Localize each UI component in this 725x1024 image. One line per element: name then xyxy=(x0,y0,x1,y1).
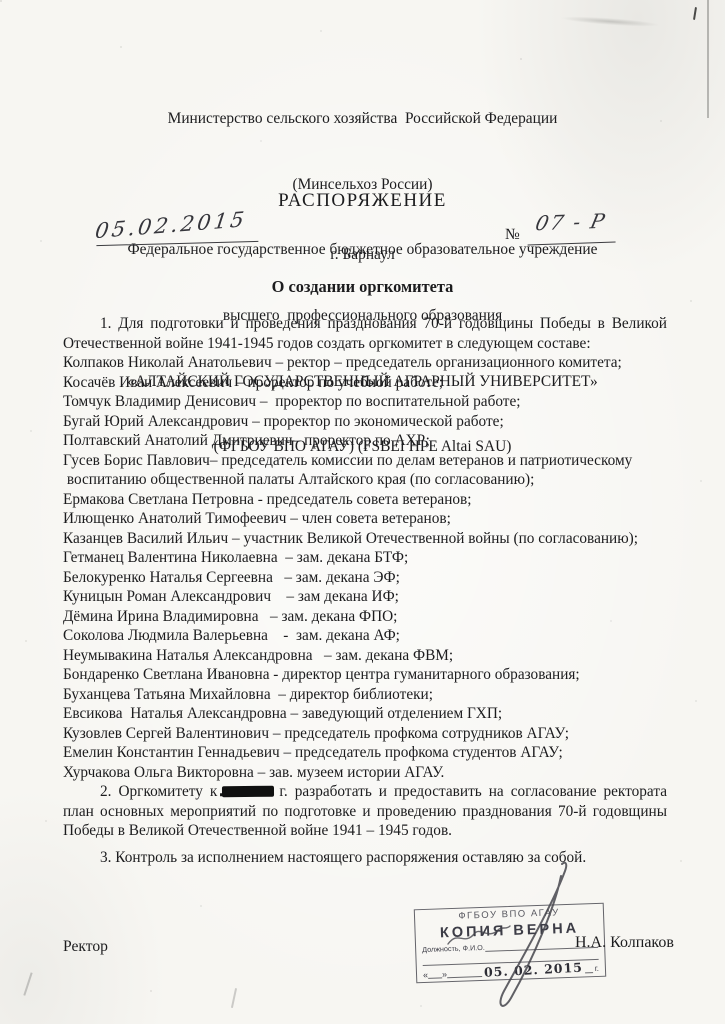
document-subject: О создании оргкомитета xyxy=(0,277,725,297)
member-line: Белокуренко Наталья Сергеевна – зам. дек… xyxy=(63,568,667,588)
city-line: г. Барнаул xyxy=(0,246,725,264)
signer-name: Н.А. Колпаков xyxy=(575,934,674,952)
member-line: Буханцева Татьяна Михайловна – директор … xyxy=(63,685,667,705)
pen-mark-top-right xyxy=(693,7,697,20)
letterhead-line-ministry: Министерство сельского хозяйства Российс… xyxy=(65,108,660,130)
member-line: Полтавский Анатолий Дмитриевич– проректо… xyxy=(63,431,667,451)
committee-member-list: Колпаков Николай Анатольевич – ректор – … xyxy=(63,353,667,782)
scan-edge-line xyxy=(707,0,709,118)
document-type-title: РАСПОРЯЖЕНИЕ xyxy=(0,190,725,212)
member-line: Евсикова Наталья Александровна – заведую… xyxy=(63,704,667,724)
signer-title: Ректор xyxy=(63,938,108,956)
scanned-document-page: Министерство сельского хозяйства Российс… xyxy=(0,0,725,1024)
member-line: Ермакова Светлана Петровна - председател… xyxy=(63,490,667,510)
member-line: Соколова Людмила Валерьевна - зам. декан… xyxy=(63,626,667,646)
paragraph-2: 2. Оргкомитету кг. разработать и предост… xyxy=(63,782,667,841)
member-line: Бугай Юрий Александрович – проректор по … xyxy=(63,412,667,432)
redaction-mark xyxy=(222,786,274,798)
member-line: Неумывакина Наталья Александровна – зам.… xyxy=(63,646,667,666)
member-line: Емелин Константин Геннадьевич – председа… xyxy=(63,743,667,763)
pen-mark-bottom-left-2 xyxy=(231,988,237,1008)
member-line: Гусев Борис Павлович– председатель комис… xyxy=(63,451,667,490)
member-line: Илющенко Анатолий Тимофеевич – член сове… xyxy=(63,509,667,529)
document-body: 1. Для подготовки и проведения празднова… xyxy=(63,314,667,867)
handwritten-date-field: 05.02.2015 xyxy=(96,211,259,246)
handwritten-number: 07 - Р xyxy=(533,209,608,236)
handwritten-number-field: 07 - Р xyxy=(526,208,615,245)
paragraph-1: 1. Для подготовки и проведения празднова… xyxy=(63,314,667,353)
member-line: Куницын Роман Александрович – зам декана… xyxy=(63,587,667,607)
number-sign-label: № xyxy=(505,226,520,244)
member-line: Косачёв Иван Алексеевич – проректор по у… xyxy=(63,373,667,393)
paragraph-2-text-before: 2. Оргкомитету к xyxy=(100,783,217,800)
scan-smudge xyxy=(560,15,660,29)
member-line: Томчук Владимир Денисович – проректор по… xyxy=(63,392,667,412)
scan-speckle-noise xyxy=(0,0,2,2)
member-line: Дёмина Ирина Владимировна – зам. декана … xyxy=(63,607,667,627)
member-line: Колпаков Николай Анатольевич – ректор – … xyxy=(63,353,667,373)
member-line: Казанцев Василий Ильич – участник Велико… xyxy=(63,529,667,549)
member-line: Кузовлев Сергей Валентинович – председат… xyxy=(63,724,667,744)
member-line: Хурчакова Ольга Викторовна – зав. музеем… xyxy=(63,763,667,783)
member-line: Гетманец Валентина Николаевна – зам. дек… xyxy=(63,548,667,568)
member-line: Бондаренко Светлана Ивановна - директор … xyxy=(63,665,667,685)
pen-mark-bottom-left-1 xyxy=(23,972,32,995)
